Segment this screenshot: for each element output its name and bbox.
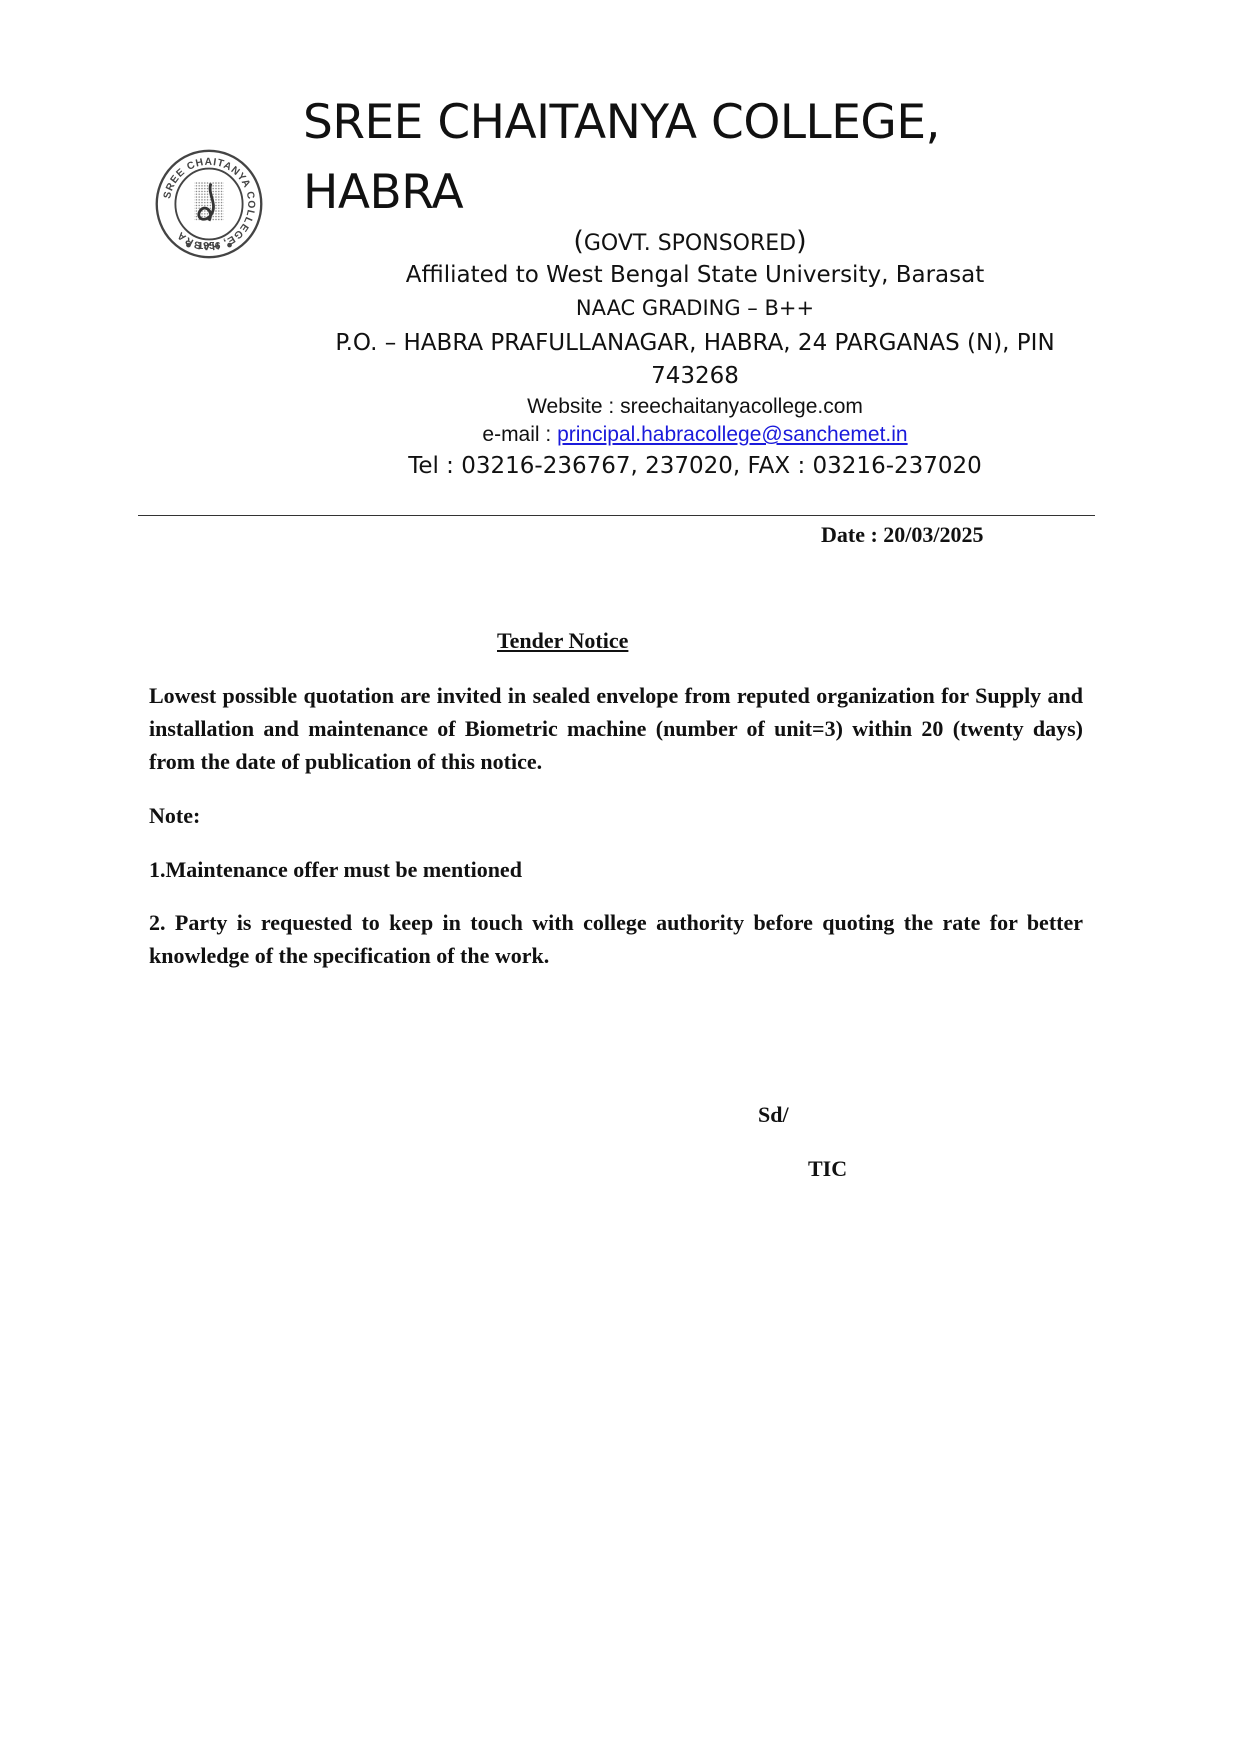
telephone-fax-line: Tel : 03216-236767, 237020, FAX : 03216-…	[330, 453, 1060, 479]
email-line: e-mail : principal.habracollege@sancheme…	[360, 423, 1030, 447]
postal-address: P.O. – HABRA PRAFULLANAGAR, HABRA, 24 PA…	[320, 327, 1070, 393]
website-line: Website : sreechaitanyacollege.com	[360, 395, 1030, 419]
notice-title: Tender Notice	[497, 628, 628, 654]
notice-date: Date : 20/03/2025	[821, 522, 984, 548]
affiliation-line: Affiliated to West Bengal State Universi…	[330, 262, 1060, 288]
signature: Sd/	[758, 1102, 789, 1128]
document-page: SREE CHAITANYA COLLEGE, HABRA 1956 SREE …	[0, 0, 1241, 1754]
website-label: Website :	[527, 395, 620, 418]
svg-text:1956: 1956	[198, 241, 221, 252]
naac-grading: NAAC GRADING – B++	[360, 296, 1030, 320]
govt-status-text: GOVT. SPONSORED	[584, 231, 796, 256]
note-label: Note:	[149, 799, 1083, 832]
note-item: 1.Maintenance offer must be mentioned	[149, 853, 1083, 886]
signatory-title: TIC	[808, 1156, 847, 1182]
header-divider	[138, 515, 1095, 516]
govt-status: (GOVT. SPONSORED)	[360, 226, 1020, 257]
college-name-heading: SREE CHAITANYA COLLEGE, HABRA	[303, 88, 1023, 228]
notice-body: Lowest possible quotation are invited in…	[149, 679, 1083, 778]
website-text: sreechaitanyacollege.com	[620, 395, 863, 418]
note-item: 2. Party is requested to keep in touch w…	[149, 906, 1083, 972]
seal-icon: SREE CHAITANYA COLLEGE, HABRA 1956	[150, 148, 268, 260]
email-link[interactable]: principal.habracollege@sanchemet.in	[557, 423, 908, 446]
email-label: e-mail :	[482, 423, 557, 446]
college-seal-logo: SREE CHAITANYA COLLEGE, HABRA 1956	[150, 148, 268, 260]
